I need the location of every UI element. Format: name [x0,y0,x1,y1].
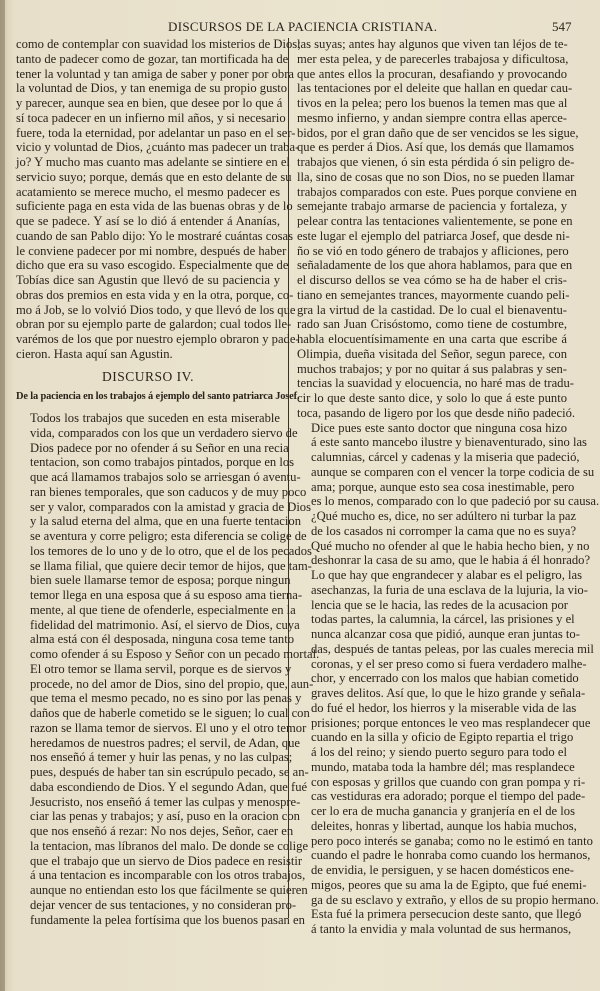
paragraph: como de contemplar con suavidad los mist… [16,37,280,362]
text-line: obras dos premios en esta vida y en la o… [16,288,280,303]
text-line: dicho que era su vaso escogido. Especial… [16,258,280,273]
text-line: pues, después de haber tan sin escrúpulo… [16,765,280,780]
text-line: semejante trabajo armarse de paciencia y… [297,199,567,214]
text-line: ran bienes temporales, que son caducos y… [16,485,280,500]
text-line: pelear contra las tentaciones valienteme… [297,214,567,229]
text-line: suficiente paga en esta vida de las buen… [16,199,280,214]
text-line: pero poco interés se ganaba; como no le … [297,834,567,849]
text-line: las tentaciones por el deleite que halla… [297,81,567,96]
text-line: bien suele llamarse temor de esposa; por… [16,573,280,588]
text-line: tivos en la pelea; pero los buenos la te… [297,96,567,111]
book-page: DISCURSOS DE LA PACIENCIA CRISTIANA. 547… [0,0,600,991]
text-line: fidelidad del matrimonio. Así, el siervo… [16,618,280,633]
text-line: las suyas; antes hay algunos que viven t… [297,37,567,52]
right-column: las suyas; antes hay algunos que viven t… [297,37,567,937]
text-line: que es perder á Dios. Así que, los demás… [297,140,567,155]
text-line: á tanto la envidia y mala voluntad de su… [297,922,567,937]
text-line: ama; porque, aunque esto sea cosa inesti… [297,480,567,495]
text-line: como ofender á su Esposo y Señor con un … [16,647,280,662]
text-line: vida, comparados con los que un verdader… [16,426,280,441]
text-line: de envidia, le persiguen, y se hacen dom… [297,863,567,878]
text-line: todas partes, la calumnia, la cárcel, la… [297,612,567,627]
text-line: mesmo infierno, y andan siempre contra e… [297,111,567,126]
text-line: cir lo que deste santo dice, y solo lo q… [297,391,567,406]
text-line: Qué mucho no ofender al que le habia hec… [297,539,567,554]
text-line: fuere, toda la eternidad, por adelantar … [16,126,280,141]
text-line: habla elocuentísimamente en una carta qu… [297,332,567,347]
text-line: ciar las penas y trabajos; y así, puso e… [16,809,280,824]
text-line: mer esta pelea, y de parecerles trabajos… [297,52,567,67]
text-line: cas vestiduras era adorado; porque el ti… [297,789,567,804]
text-line: se llama filial, que quiere decir temor … [16,559,280,574]
text-line: que acá llamamos trabajos solo se arries… [16,470,280,485]
text-line: ño se vió en todo género de trabajos y a… [297,244,567,259]
text-line: trabajos que vienen, ó sin esta pérdida … [297,155,567,170]
text-line: es lo menos, comparado con lo que padeci… [297,494,567,509]
running-title: DISCURSOS DE LA PACIENCIA CRISTIANA. [168,19,437,35]
text-line: temor llega en una esposa que á su espos… [16,588,280,603]
text-line: mundo, mataba toda la hambre dél; mas re… [297,760,567,775]
text-line: Jesucristo, nos enseñó á temer las culpa… [16,795,280,810]
text-line: cuando en la silla y oficio de Egipto re… [297,730,567,745]
text-line: cuando de san Pablo dijo: Yo le mostraré… [16,229,280,244]
text-line: migos, peores que su ama la de Egipto, q… [297,878,567,893]
text-line: sí toca padecer en un infierno mil años,… [16,111,280,126]
text-line: procede, no del amor de Dios, sino del p… [16,677,280,692]
text-line: lencia que se le hacia, las redes de la … [297,598,567,613]
discourse-subtitle: De la paciencia en los trabajos á ejempl… [16,390,280,405]
text-line: á este santo mancebo ilustre y bienavent… [297,435,567,450]
text-line: servicio suyo; porque, demás que en esto… [16,170,280,185]
text-line: toca, pasando de ligero por los que desd… [297,406,567,421]
text-line: Olimpia, dueña visitada del Señor, segun… [297,347,567,362]
paragraph: Dice pues este santo doctor que ninguna … [297,421,567,937]
text-line: fundamente la pelea fortísima que los bu… [16,913,280,928]
text-line: prisiones; porque entonces le veo mas re… [297,716,567,731]
text-line: tentacion, son como trabajos pintados, p… [16,455,280,470]
text-line: alma está con él desposada, ninguna cosa… [16,632,280,647]
text-line: tiano en semejantes trances, mayormente … [297,288,567,303]
text-line: tencias la suavidad y elocuencia, no har… [297,376,567,391]
text-line: nos enseñó á temer y huir las penas, y n… [16,750,280,765]
text-line: obran por su ejemplo parte de galardon; … [16,317,280,332]
text-line: el discurso dellos se vea cómo se ha de … [297,273,567,288]
text-line: razon se llama temor de siervos. El uno … [16,721,280,736]
text-line: Tobías dice san Agustin que llevó de su … [16,273,280,288]
text-line: do fué el hedor, los hierros y la misera… [297,701,567,716]
text-line: deleites, honras y libertad, aunque los … [297,819,567,834]
text-line: mente, al que tiene de ofenderle, especi… [16,603,280,618]
text-line: tener la voluntad y tan amiga de saber y… [16,67,280,82]
paragraph: las suyas; antes hay algunos que viven t… [297,37,567,421]
discourse-heading: DISCURSO IV. [16,370,280,385]
text-line: que el trabajo que un siervo de Dios pad… [16,854,280,869]
text-line: como de contemplar con suavidad los mist… [16,37,280,52]
text-line: se aventura y corre peligro; esta difere… [16,529,280,544]
left-column: como de contemplar con suavidad los mist… [16,37,280,927]
text-line: á una tentacion es incomparable con los … [16,868,280,883]
text-line: le conviene padecer por mi nombre, despu… [16,244,280,259]
text-line: graves delitos. Así que, lo que le hizo … [297,686,567,701]
text-line: á los del reino; y siendo puerto seguro … [297,745,567,760]
text-line: aunque se comparen con el vencer la torp… [297,465,567,480]
text-line: chor, y encerrado con los malos que habi… [297,671,567,686]
text-line: El otro temor se llama servil, porque es… [16,662,280,677]
text-line: los temores de lo uno y de lo otro, que … [16,544,280,559]
text-line: Esta fué la primera persecucion deste sa… [297,907,567,922]
text-line: con esposas y grillos que cuando con gra… [297,775,567,790]
text-line: asechanzas, la furia de una esclava de l… [297,583,567,598]
text-line: heredamos de nuestros padres; el servil,… [16,736,280,751]
page-number: 547 [552,19,572,35]
text-line: Todos los trabajos que suceden en esta m… [16,411,280,426]
text-line: la tentacion, mas líbranos del malo. De … [16,839,280,854]
text-line: das, después de tantas peleas, por las c… [297,642,567,657]
text-line: cieron. Hasta aquí san Agustin. [16,347,280,362]
text-line: dejar vencer de sus tentaciones, y no co… [16,898,280,913]
text-line: daños que de haberle cometido se le sigu… [16,706,280,721]
text-line: que antes ellos la procuran, desafiando … [297,67,567,82]
text-line: cuando el padre le honraba como cuando l… [297,848,567,863]
text-line: gra la virtud de la castidad. De lo cual… [297,303,567,318]
text-line: que se padece. Y así se lo dió á entende… [16,214,280,229]
text-line: Dice pues este santo doctor que ninguna … [297,421,567,436]
text-line: vicio y voluntad de Dios, ¿cuánto mas pa… [16,140,280,155]
text-line: que tema el mesmo pecado, no es sino por… [16,691,280,706]
text-line: varémos de los que por nuestro ejemplo o… [16,332,280,347]
text-line: ¿Qué mucho es, dice, no ser adúltero ni … [297,509,567,524]
text-line: trabajos comparados con este. Pues porqu… [297,185,567,200]
text-line: muchos trabajos; y por no quitar á sus p… [297,362,567,377]
text-line: acatamiento se merece mucho, el mesmo pa… [16,185,280,200]
paragraph: Todos los trabajos que suceden en esta m… [16,411,280,927]
text-line: rado san Juan Crisóstomo, como tiene de … [297,317,567,332]
text-line: daba escondiendo de Dios. Y el segundo A… [16,780,280,795]
text-line: cer lo era de mucha ganancia y granjería… [297,804,567,819]
text-line: coronas, y el ser preso como si fuera ve… [297,657,567,672]
text-line: lla, sino de cosas que no son Dios, no s… [297,170,567,185]
text-line: la voluntad de Dios, y tan enemiga de su… [16,81,280,96]
text-line: calumnias, cárcel y cadenas y la miseria… [297,450,567,465]
page-header: DISCURSOS DE LA PACIENCIA CRISTIANA. 547 [0,19,600,35]
text-line: aunque no entiendan esto los que fácilme… [16,883,280,898]
text-line: deshonrar la casa de su amo, que le habi… [297,553,567,568]
text-line: bidos, por el gran daño que de ser venci… [297,126,567,141]
text-line: de los casados ni corromper la cama que … [297,524,567,539]
text-line: este lugar el ejemplo del patriarca Jose… [297,229,567,244]
text-line: jo? Y mucho mas cuanto mas adelante se s… [16,155,280,170]
text-line: señaladamente de los que ahora hablamos,… [297,258,567,273]
text-line: que nos enseñó á rezar: No nos dejes, Se… [16,824,280,839]
text-line: tanto de padecer como de gozar, tan mort… [16,52,280,67]
text-line: Dios padece por no ofender á su Señor en… [16,441,280,456]
text-line: ser y valor, comparados con la amistad y… [16,500,280,515]
text-line: nunca alcanzar cosa que pidió, aunque er… [297,627,567,642]
text-line: y la salud eterna del alma, que en una f… [16,514,280,529]
text-line: Lo que hay que engrandecer y alabar es e… [297,568,567,583]
text-line: mo á Job, se lo volvió Dios todo, y que … [16,303,280,318]
text-line: y parecer, aunque sea en bien, que desee… [16,96,280,111]
binding-gutter [0,0,5,991]
text-line: ga de su esclavo y extraño, y ellos de s… [297,893,567,908]
